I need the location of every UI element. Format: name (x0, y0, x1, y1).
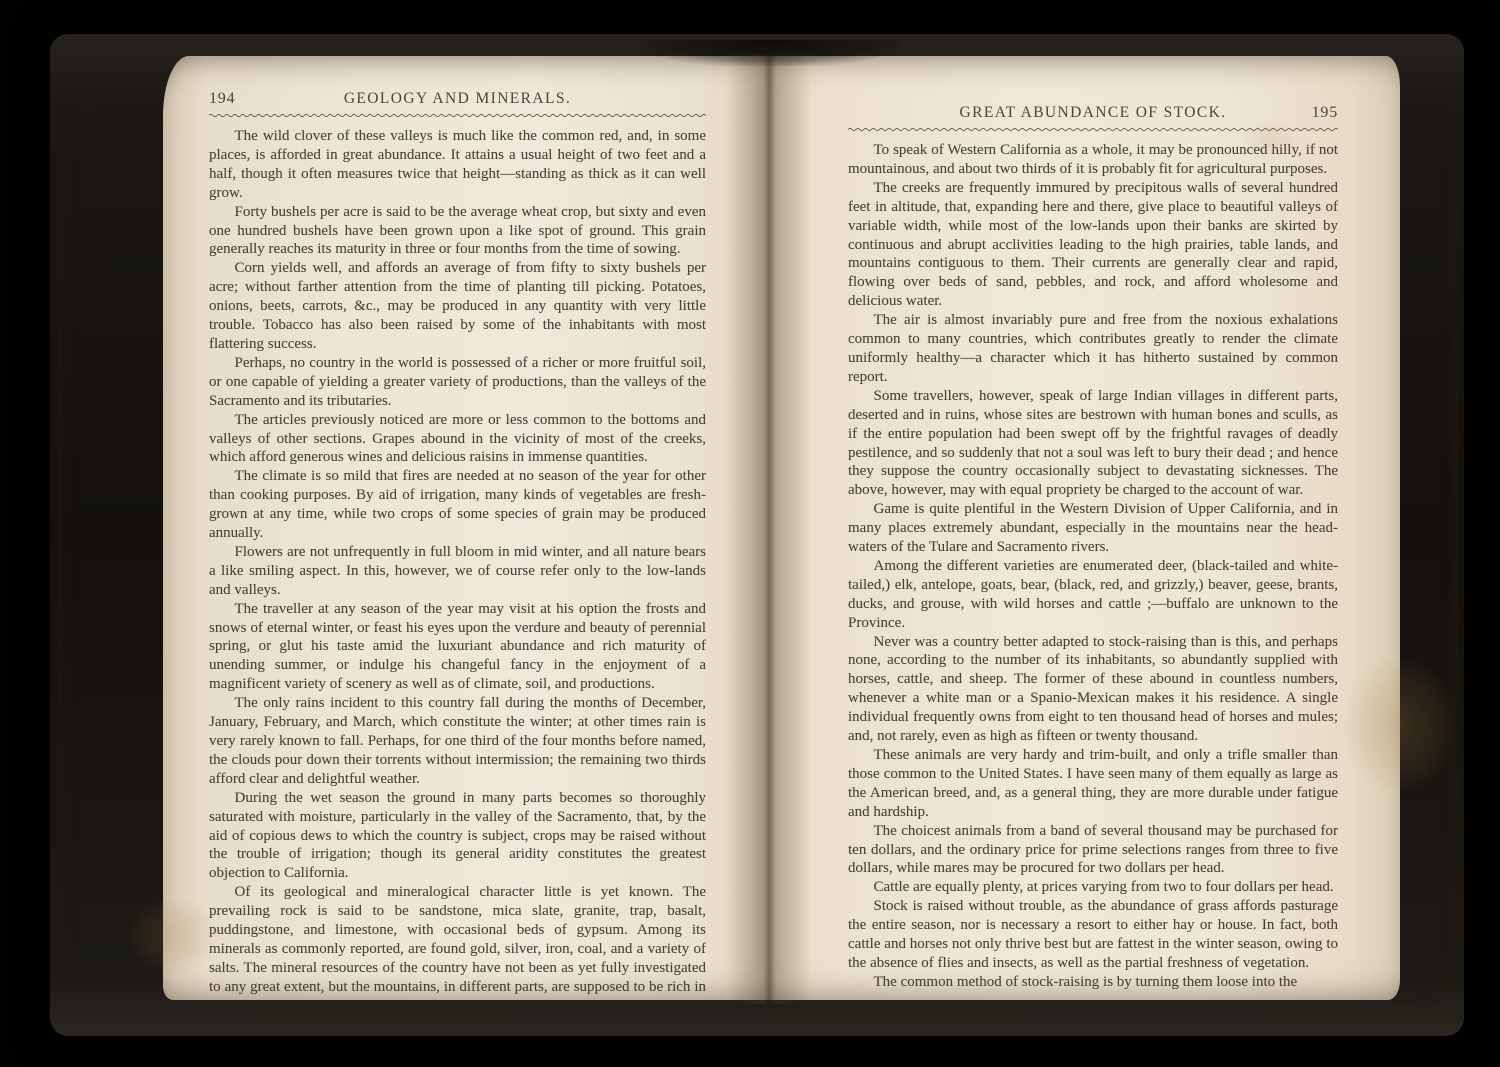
paragraph: Forty bushels per acre is said to be the… (209, 203, 706, 260)
left-header-rule (209, 112, 706, 119)
right-page-content: GREAT ABUNDANCE OF STOCK. 195 To speak o… (768, 56, 1400, 1000)
paragraph: The creeks are frequently immured by pre… (848, 179, 1338, 311)
left-page-content: 194 GEOLOGY AND MINERALS. The wild clove… (163, 56, 768, 1000)
right-page: GREAT ABUNDANCE OF STOCK. 195 To speak o… (768, 56, 1400, 1000)
left-running-header: 194 GEOLOGY AND MINERALS. (209, 90, 706, 108)
paragraph: Game is quite plentiful in the Western D… (848, 500, 1338, 557)
paragraph: The common method of stock-raising is by… (848, 973, 1338, 992)
paragraph: To speak of Western California as a whol… (848, 141, 1338, 179)
book-photo-stage: 194 GEOLOGY AND MINERALS. The wild clove… (0, 0, 1500, 1067)
left-page: 194 GEOLOGY AND MINERALS. The wild clove… (163, 56, 768, 1000)
paragraph: Of its geological and mineralogical char… (209, 883, 706, 1000)
paragraph: Corn yields well, and affords an average… (209, 259, 706, 354)
right-page-number: 195 (1292, 104, 1338, 122)
right-page-body-text: To speak of Western California as a whol… (848, 141, 1338, 992)
paragraph: Cattle are equally plenty, at prices var… (848, 878, 1338, 897)
right-running-title: GREAT ABUNDANCE OF STOCK. (894, 104, 1292, 122)
paragraph: Among the different varieties are enumer… (848, 557, 1338, 633)
right-running-header: GREAT ABUNDANCE OF STOCK. 195 (848, 104, 1338, 122)
paragraph: The wild clover of these valleys is much… (209, 127, 706, 203)
right-page-edges (1392, 54, 1458, 1004)
paragraph: The air is almost invariably pure and fr… (848, 311, 1338, 387)
right-header-rule (848, 126, 1338, 133)
paragraph: The traveller at any season of the year … (209, 600, 706, 695)
left-running-title: GEOLOGY AND MINERALS. (255, 90, 660, 108)
paragraph: Flowers are not unfrequently in full blo… (209, 543, 706, 600)
paragraph: These animals are very hardy and trim-bu… (848, 746, 1338, 822)
paragraph: The articles previously noticed are more… (209, 411, 706, 468)
paragraph: The only rains incident to this country … (209, 694, 706, 789)
paragraph: Never was a country better adapted to st… (848, 633, 1338, 746)
paragraph: Some travellers, however, speak of large… (848, 387, 1338, 500)
left-page-number: 194 (209, 90, 255, 108)
paragraph: Perhaps, no country in the world is poss… (209, 354, 706, 411)
paragraph: The climate is so mild that fires are ne… (209, 467, 706, 543)
paragraph: Stock is raised without trouble, as the … (848, 897, 1338, 973)
left-page-edges (58, 108, 170, 998)
paragraph: During the wet season the ground in many… (209, 789, 706, 884)
paragraph: The choicest animals from a band of seve… (848, 822, 1338, 879)
left-page-body-text: The wild clover of these valleys is much… (209, 127, 706, 1000)
